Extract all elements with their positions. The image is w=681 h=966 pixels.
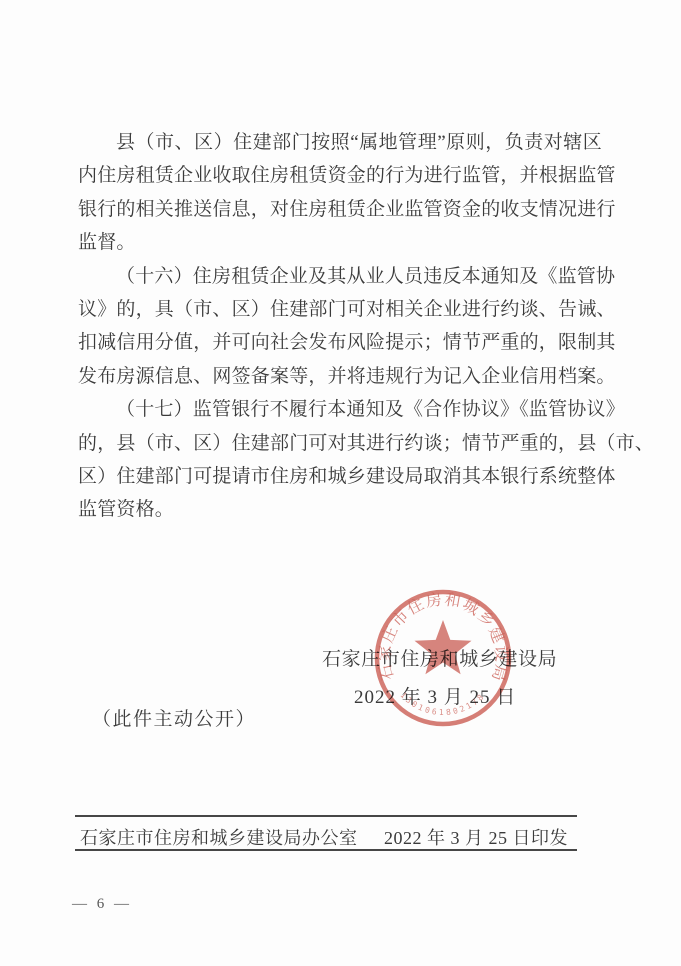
official-seal: 石家庄市住房和城乡建设局 1301061802178: [358, 573, 528, 743]
footer-print-date: 2022 年 3 月 25 日印发: [384, 824, 568, 850]
paragraph-line: 发布房源信息、网签备案等，并将违规行为记入企业信用档案。: [78, 360, 602, 393]
footer-rule-bottom: [75, 849, 577, 851]
seal-code-text: 1301061802178: [398, 691, 487, 718]
paragraph-line: （十六）住房租赁企业及其从业人员违反本通知及《监管协: [78, 260, 602, 293]
paragraph-line: 县（市、区）住建部门按照“属地管理”原则，负责对辖区: [78, 126, 602, 159]
paragraph: （十六）住房租赁企业及其从业人员违反本通知及《监管协 议》的，具（市、区）住建部…: [78, 260, 602, 394]
paragraph-line: 监管资格。: [78, 493, 602, 526]
paragraph-line: 议》的，具（市、区）住建部门可对相关企业进行约谈、告诫、: [78, 293, 602, 326]
paragraph-line: （十七）监管银行不履行本通知及《合作协议》《监管协议》: [78, 393, 602, 426]
paragraph-line: 区）住建部门可提请市住房和城乡建设局取消其本银行系统整体: [78, 460, 602, 493]
footer-office-name: 石家庄市住房和城乡建设局办公室: [80, 824, 358, 850]
document-page: 县（市、区）住建部门按照“属地管理”原则，负责对辖区 内住房租赁企业收取住房租赁…: [0, 0, 681, 966]
page-number: — 6 —: [72, 896, 132, 913]
paragraph: 县（市、区）住建部门按照“属地管理”原则，负责对辖区 内住房租赁企业收取住房租赁…: [78, 126, 602, 260]
paragraph-line: 内住房租赁企业收取住房租赁资金的行为进行监管，并根据监管: [78, 159, 602, 192]
paragraph-line: 的，县（市、区）住建部门可对其进行约谈；情节严重的，县（市、: [78, 427, 602, 460]
document-body: 县（市、区）住建部门按照“属地管理”原则，负责对辖区 内住房租赁企业收取住房租赁…: [78, 126, 602, 527]
paragraph: （十七）监管银行不履行本通知及《合作协议》《监管协议》 的，县（市、区）住建部门…: [78, 393, 602, 527]
paragraph-line: 扣减信用分值，并可向社会发布风险提示；情节严重的，限制其: [78, 326, 602, 359]
seal-star-icon: [415, 620, 472, 674]
footer-row: 石家庄市住房和城乡建设局办公室 2022 年 3 月 25 日印发: [80, 824, 568, 850]
footer-rule-top: [75, 815, 577, 817]
paragraph-line: 银行的相关推送信息，对住房租赁企业监管资金的收支情况进行: [78, 193, 602, 226]
paragraph-line: 监督。: [78, 226, 602, 259]
disclosure-note: （此件主动公开）: [92, 704, 256, 731]
